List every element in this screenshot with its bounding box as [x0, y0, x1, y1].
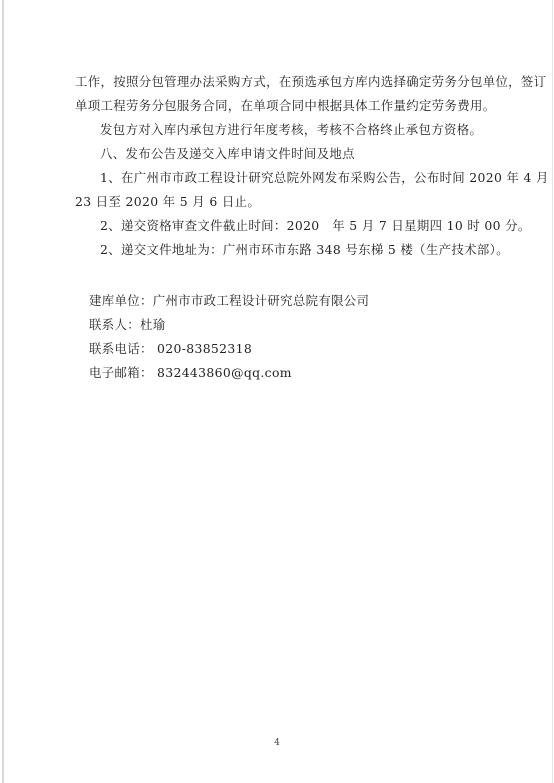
contact-email: 电子邮箱： 832443860@qq.com [75, 361, 487, 385]
section-heading-8: 八、发布公告及递交入库申请文件时间及地点 [75, 142, 487, 166]
item-2-deadline: 2、递交资格审查文件截止时间：2020 年 5 月 7 日星期四 10 时 00… [75, 214, 487, 238]
document-body: 工作，按照分包管理办法采购方式，在预选承包方库内选择确定劳务分包单位，签订 单项… [75, 70, 487, 385]
builder-unit: 建库单位：广州市市政工程设计研究总院有限公司 [75, 289, 487, 313]
item-2-address: 2、递交文件地址为：广州市环市东路 348 号东梯 5 楼（生产技术部）。 [75, 238, 487, 262]
contact-person: 联系人：杜瑜 [75, 313, 487, 337]
paragraph-assessment: 发包方对入库内承包方进行年度考核，考核不合格终止承包方资格。 [75, 118, 487, 142]
item-1-continuation: 23 日至 2020 年 5 月 6 日止。 [75, 190, 487, 214]
scan-edge-left [2, 0, 4, 783]
item-1-publish-notice: 1、在广州市市政工程设计研究总院外网发布采购公告，公布时间 2020 年 4 月 [75, 166, 487, 190]
spacer [75, 262, 487, 289]
paragraph-line: 工作，按照分包管理办法采购方式，在预选承包方库内选择确定劳务分包单位，签订 [75, 70, 487, 94]
paragraph-line: 单项工程劳务分包服务合同，在单项合同中根据具体工作量约定劳务费用。 [75, 94, 487, 118]
contact-block: 建库单位：广州市市政工程设计研究总院有限公司 联系人：杜瑜 联系电话： 020-… [75, 289, 487, 385]
page-number: 4 [0, 738, 554, 748]
contact-phone: 联系电话： 020-83852318 [75, 337, 487, 361]
scan-edge-right [552, 0, 553, 783]
